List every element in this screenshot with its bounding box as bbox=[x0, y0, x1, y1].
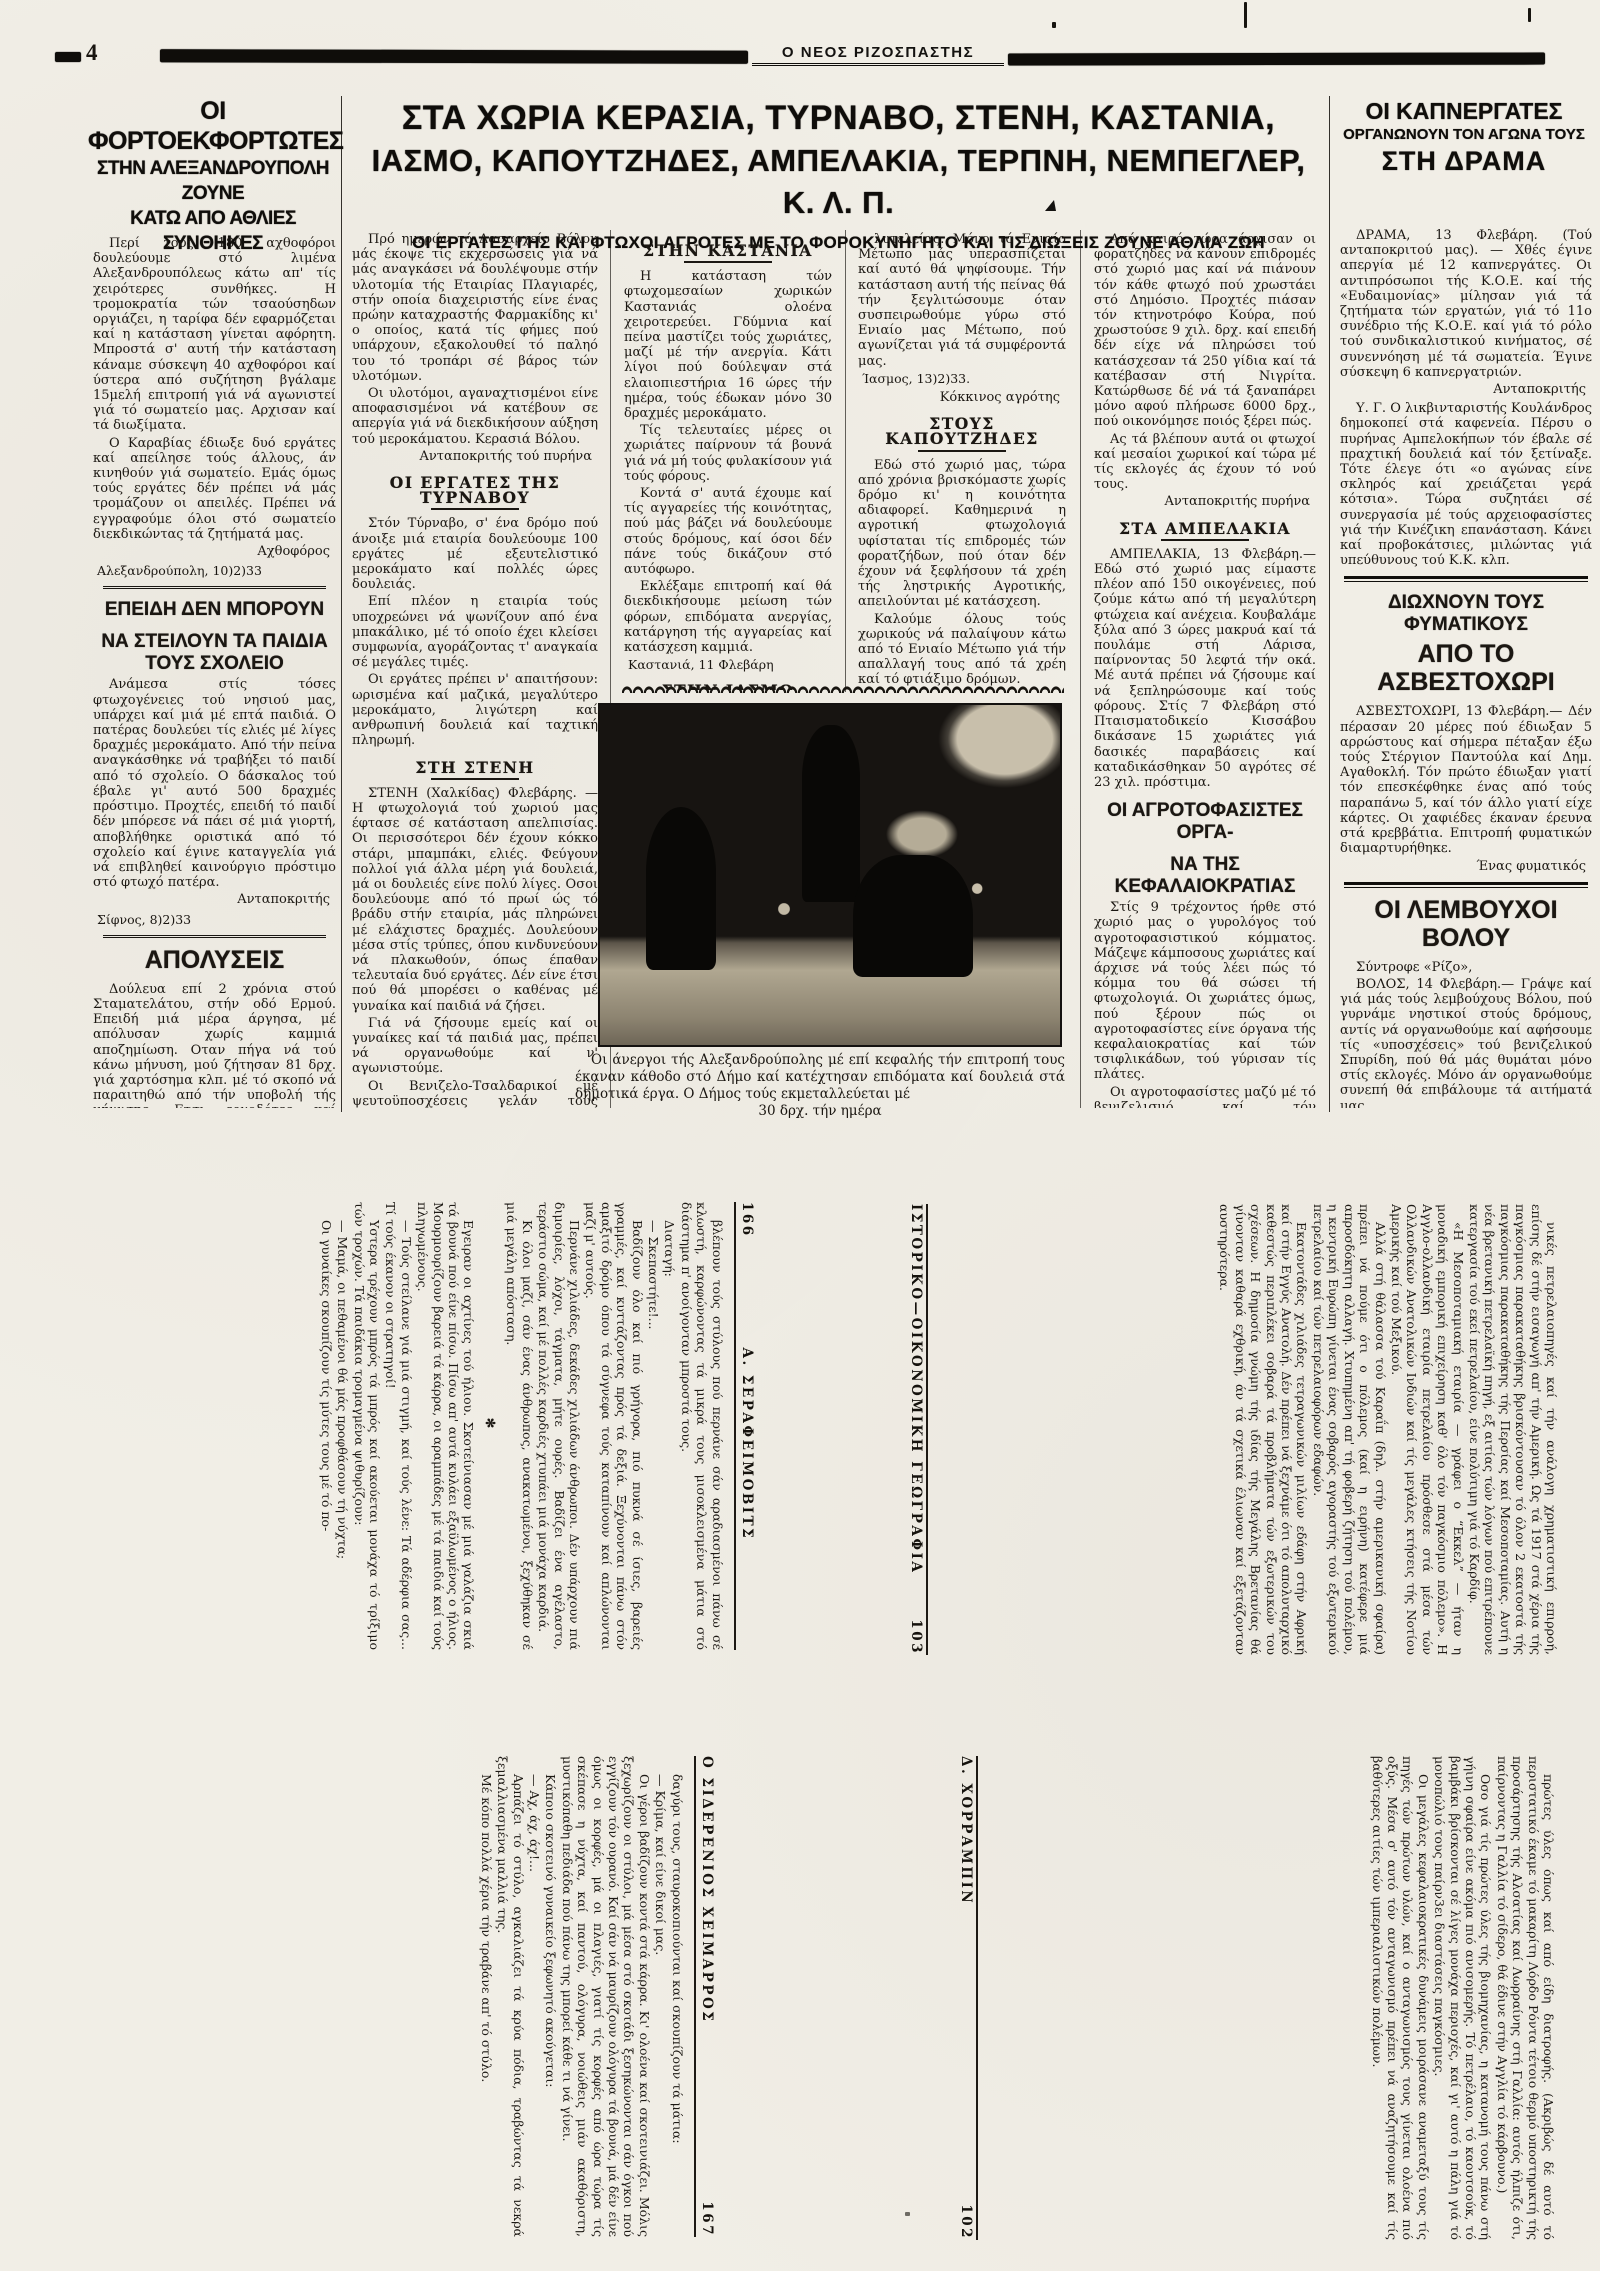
masthead-rule-left bbox=[160, 49, 748, 64]
page-text: δαγύρι τους, σταυροκοπιούνται καί σκουπί… bbox=[93, 1756, 685, 2237]
segment-p: λυτελείας. Μόνο τό Ενιαίο Μέτωπο μάς υπε… bbox=[858, 232, 1066, 369]
booklet-page-103: νικές πετρελαιοπηγές καί τήν ανάλογη χρη… bbox=[900, 1170, 1565, 1685]
page-number: 4 bbox=[86, 40, 98, 66]
photo-seated-figure bbox=[646, 807, 716, 970]
segment-date: Αλεξανδρούπολη, 10)2)33 bbox=[97, 563, 336, 578]
segment-p: Καλούμε όλους τούς χωρικούς νά παλαίψουν… bbox=[858, 612, 1066, 688]
segment-hl: ΝΑ ΤΗΣ ΚΕΦΑΛΑΙΟΚΡΑΤΙΑΣ bbox=[1094, 854, 1316, 898]
segment-p: Δούλευα επί 2 χρόνια στού Σταματελάτου, … bbox=[93, 982, 336, 1108]
segment-p: ΣΤΕΝΗ (Χαλκίδας) Φλεβάρης. — Η φτωχολογι… bbox=[352, 786, 598, 1014]
running-author: Α. ΣΕΡΑΦΕΙΜΟΒΙΤΣ bbox=[739, 1347, 754, 1540]
segment-p: Οι αγροτοφασίστες μαζύ μέ τό βενιζελισμό… bbox=[1094, 1085, 1316, 1108]
novel-paragraph: — Μαμά, οι πεθαμένοι θά μάς προφθάσουν τ… bbox=[335, 1202, 350, 1650]
scene-break-ornament: ✻ bbox=[483, 1202, 498, 1650]
booklet-page-167-content: Ο ΣΙΔΕΡΕΝΙΟΣ ΧΕΙΜΑΡΡΟΣ 167 δαγύρι τους, … bbox=[85, 1722, 720, 2267]
novel-paragraph: Εγειραν οι αχτίνες τού ήλιου. Σκοτείνιασ… bbox=[415, 1202, 477, 1650]
segment-sig: Αχθοφόρος bbox=[93, 544, 330, 559]
booklet-page-166: 166 Α. ΣΕΡΑΦΕΙΜΟΒΙΤΣ βλέπουν τούς στύλου… bbox=[100, 1168, 760, 1680]
photo-seated-figure bbox=[853, 855, 973, 977]
segment-hl: ΔΙΩΧΝΟΥΝ ΤΟΥΣ ΦΥΜΑΤΙΚΟΥΣ bbox=[1340, 592, 1592, 636]
segment-hl: ΕΠΕΙΔΗ ΔΕΝ ΜΠΟΡΟΥΝ bbox=[93, 599, 336, 621]
running-head: Ο ΣΙΔΕΡΕΝΙΟΣ ΧΕΙΜΑΡΡΟΣ 167 bbox=[694, 1756, 714, 2237]
segment-h: ΣΤΗ ΣΤΕΝΗ bbox=[352, 760, 598, 780]
segment-p: Στόν Τύρναβο, σ' ένα δρόμο πού άνοιξε μι… bbox=[352, 516, 598, 592]
masthead-rule-left-small bbox=[55, 52, 81, 62]
photo-standing-figure bbox=[802, 725, 860, 902]
segment-sig: Ανταποκριτής τού πυρήνα bbox=[352, 449, 592, 464]
segment-p: Επί πλέον η εταιρία τούς υποχρεώνει νά ψ… bbox=[352, 594, 598, 670]
masthead-title: Ο ΝΕΟΣ ΡΙΖΟΣΠΑΣΤΗΣ bbox=[752, 44, 1004, 66]
page-folio: 102 bbox=[958, 2204, 973, 2240]
novel-paragraph: βλέπουν τούς στύλους πού περνάνε σάν αρα… bbox=[678, 1202, 724, 1650]
geography-paragraph: Εκατοντάδες χιλιάδες τετραγωνικών μιλίων… bbox=[1217, 1204, 1309, 1655]
segment-h: ΣΤΗΝ ΚΑΣΤΑΝΙΑ bbox=[624, 243, 832, 263]
segment-p: Ο Καραβίας έδιωξε δυό εργάτες καί απείλη… bbox=[93, 436, 336, 542]
page-folio: 166 bbox=[739, 1202, 754, 1238]
segment-p: Οι Βενιζελο-Τσαλδαρικοί μέ ψευτοϋποσχέσε… bbox=[352, 1079, 598, 1108]
photo-caption-tail: 30 δρχ. τήν ημέρα bbox=[575, 1103, 1065, 1120]
segment-sig: Ανταποκριτής bbox=[93, 892, 330, 907]
segment-p: Κοντά σ' αυτά έχουμε καί τίς αγγαρείες τ… bbox=[624, 486, 832, 577]
segment-hl2: ΟΙ ΛΕΜΒΟΥΧΟΙ ΒΟΛΟΥ bbox=[1340, 896, 1592, 952]
segment-p: Περί τούς 180 αχθοφόροι δουλεύουμε στό λ… bbox=[93, 236, 336, 434]
segment-hl2: ΑΠΟΛΥΣΕΙΣ bbox=[93, 946, 336, 974]
segment-sig: Ανταποκριτής πυρήνα bbox=[1094, 494, 1310, 509]
segment-p: Εκλέξαμε επιτροπή καί θά διεκδικήσουμε μ… bbox=[624, 579, 832, 655]
novel-paragraph: Περνάνε χιλιάδες, δεκάδες χιλιάδων άνθρω… bbox=[536, 1202, 582, 1650]
segment-sig: Κόκκινος αγρότης bbox=[858, 390, 1060, 405]
running-author: Δ. ΧΟΡΡΑΜΠΙΝ bbox=[958, 1756, 973, 1905]
center-column-3: λυτελείας. Μόνο τό Ενιαίο Μέτωπο μάς υπε… bbox=[858, 232, 1066, 690]
right-article-title-line: ΟΡΓΑΝΩΝΟΥΝ ΤΟΝ ΑΓΩΝΑ ΤΟΥΣ bbox=[1338, 125, 1590, 145]
booklet-page-167: Ο ΣΙΔΕΡΕΝΙΟΣ ΧΕΙΜΑΡΡΟΣ 167 δαγύρι τους, … bbox=[85, 1722, 720, 2267]
scan-artifact bbox=[1052, 22, 1056, 28]
photo-caption: Οι άνεργοι τής Αλεξανδρούπολης μέ επί κε… bbox=[575, 1052, 1065, 1120]
center-headline-line1: ΣΤΑ ΧΩΡΙΑ ΚΕΡΑΣΙΑ, ΤΥΡΝΑΒΟ, ΣΤΕΝΗ, ΚΑΣΤΑ… bbox=[352, 96, 1325, 140]
booklet-page-102: πρώτες ύλες όπως καί από είδη διατροφής.… bbox=[950, 1722, 1562, 2270]
segment-p: Πρό ημερών τό Δασαρχείο Βόλου μάς έκοψε … bbox=[352, 232, 598, 384]
left-article-title-line: ΟΙ ΦΟΡΤΟΕΚΦΟΡΤΩΤΕΣ bbox=[88, 96, 338, 156]
novel-paragraph: — Σκεπαστήτε!... bbox=[646, 1202, 661, 1650]
page-text: βλέπουν τούς στύλους πού περνάνε σάν αρα… bbox=[108, 1202, 725, 1650]
column-rule bbox=[1329, 96, 1330, 1112]
page-folio: 167 bbox=[699, 2201, 714, 2237]
geography-paragraph: «Η Μεσοποταμιακή εταιρία — γράφει ο “Εκκ… bbox=[1389, 1204, 1466, 1655]
center-headline-line2: ΙΑΣΜΟ, ΚΑΠΟΥΤΖΗΔΕΣ, ΑΜΠΕΛΑΚΙΑ, ΤΕΡΠΝΗ, Ν… bbox=[352, 140, 1325, 224]
photo-caption-text: Οι άνεργοι τής Αλεξανδρούπολης μέ επί κε… bbox=[575, 1052, 1065, 1103]
geography-paragraph: νικές πετρελαιοπηγές καί τήν ανάλογη χρη… bbox=[1467, 1204, 1559, 1655]
segment-date: Καστανιά, 11 Φλεβάρη bbox=[628, 657, 832, 672]
segment-hl2: ΑΠΟ ΤΟ ΑΣΒΕΣΤΟΧΩΡΙ bbox=[1340, 640, 1592, 696]
segment-p: ΔΡΑΜΑ, 13 Φλεβάρη. (Τού ανταποκριτού μας… bbox=[1340, 228, 1592, 380]
novel-paragraph: Υστερα τρέχουν μπρός τά μπρός καί ακούετ… bbox=[351, 1202, 382, 1650]
segment-p: Υ. Γ. Ο λικβινταριστής Κουλάνδρος δημοκο… bbox=[1340, 401, 1592, 568]
column-rule bbox=[845, 230, 846, 692]
geography-paragraph: Οι μεγάλες κεφαλαιοκρατικές δυνάμεις μοι… bbox=[1369, 1756, 1431, 2240]
segment-sig: Ένας φυματικός bbox=[1340, 859, 1586, 874]
segment-p: ΑΣΒΕΣΤΟΧΩΡΙ, 13 Φλεβάρη.— Δέν πέρασαν 20… bbox=[1340, 704, 1592, 856]
segment-p: ΒΟΛΟΣ, 14 Φλεβάρη.— Γράψε καί γιά μάς το… bbox=[1340, 977, 1592, 1108]
page-text: πρώτες ύλες όπως καί από είδη διατροφής.… bbox=[987, 1756, 1556, 2240]
right-article-title-line: ΣΤΗ ΔΡΑΜΑ bbox=[1338, 145, 1590, 177]
segment-hl: ΟΙ ΑΓΡΟΤΟΦΑΣΙΣΤΕΣ ΟΡΓΑ- bbox=[1094, 800, 1316, 844]
novel-paragraph: Οι γυναίκες σκουπίζουν τίς μύτες τους μέ… bbox=[318, 1202, 333, 1650]
geography-paragraph: πρώτες ύλες όπως καί από είδη διατροφής.… bbox=[1494, 1756, 1556, 2240]
scan-artifact bbox=[905, 2212, 910, 2216]
segment-h: ΣΤΑ ΑΜΠΕΛΑΚΙΑ bbox=[1094, 521, 1316, 541]
segment-p: Τίς τελευταίες μέρες οι χωριάτες παίρνου… bbox=[624, 423, 832, 484]
segment-p: Οι εργάτες πρέπει ν' απαιτήσουν: ωρισμέν… bbox=[352, 672, 598, 748]
running-foot: Δ. ΧΟΡΡΑΜΠΙΝ 102 bbox=[958, 1756, 978, 2240]
novel-paragraph: Οι γέροι βαδίζουν κοντά στά κάρρα. Κι' ο… bbox=[559, 1756, 651, 2237]
segment-p: Γιά νά ζήσουμε εμείς καί οι γυναίκες καί… bbox=[352, 1016, 598, 1077]
novel-paragraph: — Κρίμα, καί είνε δικοί μας. bbox=[653, 1756, 668, 2237]
scan-artifact bbox=[1528, 8, 1531, 22]
center-column-2: ΣΤΗΝ ΚΑΣΤΑΝΙΑΗ κατάσταση τών φτωχομεσαίω… bbox=[624, 232, 832, 690]
novel-paragraph: Βαδίζουν όλο καί πιό γρήγορα, πιό πυκνά … bbox=[583, 1202, 645, 1650]
running-foot: ΙΣΤΟΡΙΚΟ—ΟΙΚΟΝΟΜΙΚΗ ΓΕΩΓΡΑΦΙΑ 103 bbox=[908, 1204, 928, 1655]
geography-paragraph: Αλλά στή θάλασσα τού Καραΐπ (δηλ. στήν α… bbox=[1311, 1204, 1388, 1655]
center-column-1: Πρό ημερών τό Δασαρχείο Βόλου μάς έκοψε … bbox=[352, 232, 598, 1108]
segment-p: Στίς 9 τρέχοντος ήρθε στό χωριό μας ο γυ… bbox=[1094, 900, 1316, 1082]
segment-p: Οι υλοτόμοι, αγαναχτισμένοι είνε αποφασι… bbox=[352, 386, 598, 447]
page-folio: 103 bbox=[908, 1619, 923, 1655]
segment-h: ΟΙ ΕΡΓΑΤΕΣ ΤΗΣ ΤΥΡΝΑΒΟΥ bbox=[352, 475, 598, 510]
segment-sig: Ανταποκριτής bbox=[1340, 382, 1586, 397]
segment-hrh bbox=[1344, 576, 1588, 582]
segment-date: Ίασμος, 13)2)33. bbox=[862, 371, 1066, 386]
page-text: νικές πετρελαιοπηγές καί τήν ανάλογη χρη… bbox=[937, 1204, 1559, 1655]
segment-p: Από καιρό τώρα άρχισαν οι φορατζήδες νά … bbox=[1094, 232, 1316, 430]
novel-paragraph: — Αχ, άχ, άχ!... bbox=[527, 1756, 542, 2237]
column-rule bbox=[341, 96, 342, 1112]
right-article-title: ΟΙ ΚΑΠΝΕΡΓΑΤΕΣ ΟΡΓΑΝΩΝΟΥΝ ΤΟΝ ΑΓΩΝΑ ΤΟΥΣ… bbox=[1338, 98, 1590, 177]
right-column-body: ΔΡΑΜΑ, 13 Φλεβάρη. (Τού ανταποκριτού μας… bbox=[1340, 228, 1592, 1108]
booklet-page-103-content: νικές πετρελαιοπηγές καί τήν ανάλογη χρη… bbox=[900, 1170, 1565, 1685]
column-rule bbox=[1080, 230, 1081, 1108]
center-column-4: Από καιρό τώρα άρχισαν οι φορατζήδες νά … bbox=[1094, 232, 1316, 1108]
segment-p: ΑΜΠΕΛΑΚΙΑ, 13 Φλεβάρη.—Εδώ στό χωριό μας… bbox=[1094, 547, 1316, 790]
segment-hr bbox=[103, 935, 326, 938]
scan-artifact bbox=[1244, 2, 1247, 28]
booklet-page-166-content: 166 Α. ΣΕΡΑΦΕΙΜΟΒΙΤΣ βλέπουν τούς στύλου… bbox=[100, 1168, 760, 1680]
novel-paragraph: Αρπάζει τό στύλο, αγκαλιάζει τά κρύα πόδ… bbox=[495, 1756, 526, 2237]
segment-hrh bbox=[1344, 882, 1588, 888]
running-head: 166 Α. ΣΕΡΑΦΕΙΜΟΒΙΤΣ bbox=[734, 1202, 754, 1650]
segment-hr bbox=[103, 586, 326, 589]
running-title: ΙΣΤΟΡΙΚΟ—ΟΙΚΟΝΟΜΙΚΗ ΓΕΩΓΡΑΦΙΑ bbox=[908, 1204, 923, 1574]
geography-paragraph: Οσο γιά τίς πρώτες ύλες τής βιομηχανίας,… bbox=[1432, 1756, 1494, 2240]
masthead-rule-right bbox=[1008, 53, 1545, 66]
left-article-title-line: ΣΤΗΝ ΑΛΕΞΑΝΔΡΟΥΠΟΛΗ ΖΟΥΝΕ bbox=[88, 156, 338, 206]
segment-p: Ας τά βλέπουν αυτά οι φτωχοί καί μεσαίοι… bbox=[1094, 432, 1316, 493]
segment-p: Εδώ στό χωριό μας, τώρα από χρόνια βρισκ… bbox=[858, 458, 1066, 610]
novel-paragraph: — Τούς στείλανε γιά μιά στιγμή, καί τούς… bbox=[383, 1202, 414, 1650]
segment-p: Σύντροφε «Ρίζο», bbox=[1340, 960, 1592, 975]
novel-paragraph: Κι όλοι μαζί, σάν ένας άνθρωπος, ανακατω… bbox=[504, 1202, 535, 1650]
segment-p: Ανάμεσα στίς τόσες φτωχογένειες τού νησι… bbox=[93, 677, 336, 890]
wavy-rule bbox=[622, 686, 1064, 693]
right-article-title-line: ΟΙ ΚΑΠΝΕΡΓΑΤΕΣ bbox=[1338, 98, 1590, 125]
unemployed-group-photo bbox=[598, 703, 1062, 1047]
novel-paragraph: Διαταγή: bbox=[662, 1202, 677, 1650]
segment-h: ΣΤΟΥΣ ΚΑΠΟΥΤΖΗΔΕΣ bbox=[858, 416, 1066, 451]
segment-hl: ΝΑ ΣΤΕΙΛΟΥΝ ΤΑ ΠΑΙΔΙΑ ΤΟΥΣ ΣΧΟΛΕΙΟ bbox=[93, 631, 336, 675]
ornament-triangle bbox=[1045, 200, 1056, 211]
novel-paragraph: Μέ κόπο πολλά χέρια τήν τραβάνε απ' τό σ… bbox=[478, 1756, 493, 2237]
newspaper-scan: { "masthead": { "page_number": "4", "tit… bbox=[0, 0, 1600, 2271]
running-title: Ο ΣΙΔΕΡΕΝΙΟΣ ΧΕΙΜΑΡΡΟΣ bbox=[699, 1756, 714, 2023]
novel-paragraph: Κάποιο σκοτεινό γυναικείο ξεφωνητό ακούγ… bbox=[543, 1756, 558, 2237]
left-column-body: Περί τούς 180 αχθοφόροι δουλεύουμε στό λ… bbox=[93, 236, 336, 1108]
segment-date: Σίφνος, 8)2)33 bbox=[97, 912, 336, 927]
booklet-page-102-content: πρώτες ύλες όπως καί από είδη διατροφής.… bbox=[950, 1722, 1562, 2270]
segment-p: Η κατάσταση τών φτωχομεσαίων χωρικών Κασ… bbox=[624, 269, 832, 421]
left-article-title: ΟΙ ΦΟΡΤΟΕΚΦΟΡΤΩΤΕΣ ΣΤΗΝ ΑΛΕΞΑΝΔΡΟΥΠΟΛΗ Ζ… bbox=[88, 96, 338, 256]
novel-paragraph: δαγύρι τους, σταυροκοπιούνται καί σκουπί… bbox=[669, 1756, 684, 2237]
